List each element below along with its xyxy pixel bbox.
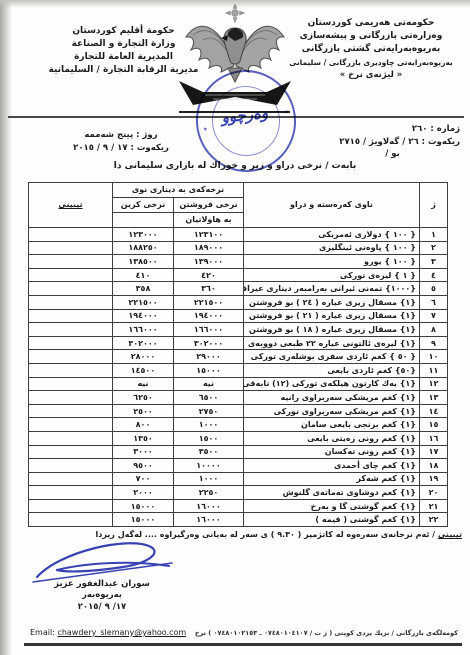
ref-to: بو /: [285, 148, 460, 161]
sell-price-cell: ١٢٣١٠٠: [174, 228, 244, 242]
note-cell: [29, 499, 113, 513]
sell-price-cell: ١٥٠٠٠: [174, 363, 244, 377]
item-name-cell: {١} لیره‌ی ئالتونی عیاره‌ ٢٢ طبعی دووبه‌…: [244, 336, 420, 350]
table-row: ١٦ {١} كغم رونی زه‌یتی بایعی ١٥٠٠ ١٣٥٠: [29, 431, 448, 445]
table-row: ٢٢ {١} كغم گوشتی ( قیمه‌ ) ١٦٠٠٠ ١٥٠٠٠: [29, 513, 448, 527]
col-header-sell-citizens: به‌ هاولاتیان: [174, 213, 244, 228]
table-row: ١٧ {١} كغم رونی ته‌كسان ٣٥٠٠ ٣٠٠٠: [29, 445, 448, 459]
sell-price-cell: ١٦٠٠٠: [174, 513, 244, 527]
header-arabic-line: وزارة التجارة و الصناعة: [46, 38, 201, 51]
table-row: ١١ {٥٠} كغم ئاردی بایعی ١٥٠٠٠ ١٤٥٠٠: [29, 363, 448, 377]
note-cell: [29, 404, 113, 418]
item-name-cell: {١} مسقال زیری عیاره‌ ( ٢١ ) بو فروشتن: [244, 309, 420, 323]
sell-price-cell: ١٩٤٠٠٠: [174, 309, 244, 323]
item-name-cell: { ١٠٠ } پاوه‌نی ئینگلیزی: [244, 241, 420, 255]
buy-price-cell: نیه‌: [113, 377, 174, 391]
row-number-cell: ٤: [420, 268, 448, 282]
buy-price-cell: ٢٢١٥٠٠: [113, 295, 174, 309]
note-cell: [29, 391, 113, 405]
sell-price-cell: ١٦٠٠٠: [174, 499, 244, 513]
table-row: ١٣ {١} كغم مریشكی سه‌ربراوی رانیه‌ ٦٥٠٠ …: [29, 391, 448, 405]
sell-price-cell: ٢٧٥٠: [174, 404, 244, 418]
table-row: ٥ {١٠٠٠} تمه‌نی ئیرانی به‌رامبه‌ر دیناری…: [29, 282, 448, 296]
col-header-notes-label: تیبینی: [58, 200, 82, 209]
note-cell: [29, 431, 113, 445]
row-number-cell: ٢: [420, 241, 448, 255]
footer-email: Email: chawdery_slemany@yahoo.com: [30, 628, 186, 637]
note-cell: [29, 513, 113, 527]
item-name-cell: { ١ } لیره‌ی توركی: [244, 268, 420, 282]
price-table: ژ ناوی كه‌ره‌سته‌ و دراو نرخه‌كه‌ی به‌ د…: [28, 182, 448, 527]
note-cell: [29, 350, 113, 364]
table-row: ٢ { ١٠٠ } پاوه‌نی ئینگلیزی ١٨٩٠٠٠ ١٨٨٢٥٠: [29, 241, 448, 255]
buy-price-cell: ١٩٤٠٠٠: [113, 309, 174, 323]
note-cell: [29, 472, 113, 486]
table-row: ١٥ {١} كغم برنجی بایعی سامان ١٠٠٠ ٨٠٠: [29, 418, 448, 432]
header-arabic: حكومة أقليم كوردستان وزارة التجارة و الص…: [46, 25, 201, 77]
row-number-cell: ١٦: [420, 431, 448, 445]
row-number-cell: ٣: [420, 255, 448, 269]
row-number-cell: ٨: [420, 323, 448, 337]
row-number-cell: ١٤: [420, 404, 448, 418]
item-name-cell: {١} كغم رونی ته‌كسان: [244, 445, 420, 459]
row-number-cell: ٢٠: [420, 486, 448, 500]
row-number-cell: ١: [420, 228, 448, 242]
item-name-cell: {١} كغم شه‌كر: [244, 472, 420, 486]
row-number-cell: ١٧: [420, 445, 448, 459]
item-name-cell: {١} كغم مریشكی سه‌ربراوی رانیه‌: [244, 391, 420, 405]
sell-price-cell: ١٠٠٠: [174, 418, 244, 432]
note-cell: [29, 486, 113, 500]
sell-price-cell: ١٨٩٠٠٠: [174, 241, 244, 255]
row-number-cell: ٥: [420, 282, 448, 296]
row-number-cell: ١٠: [420, 350, 448, 364]
sell-price-cell: ١٥٠٠: [174, 431, 244, 445]
col-header-buy-empty: [113, 213, 174, 228]
row-number-cell: ٢١: [420, 499, 448, 513]
table-row: ٧ {١} مسقال زیری عیاره‌ ( ٢١ ) بو فروشتن…: [29, 309, 448, 323]
buy-price-cell: ٢٥٠٠: [113, 404, 174, 418]
table-row: ٩ {١} لیره‌ی ئالتونی عیاره‌ ٢٢ طبعی دووب…: [29, 336, 448, 350]
scanned-document-page: حكومه‌تی هه‌ریمی كوردستان وه‌زاره‌تی باز…: [0, 0, 470, 655]
item-name-cell: { ١٠٠ } دولاری ئه‌مریكی: [244, 228, 420, 242]
row-number-cell: ١٩: [420, 472, 448, 486]
table-row: ٣ { ١٠٠ } یورو ١٣٩٠٠٠ ١٣٨٥٠٠: [29, 255, 448, 269]
ref-number: ژماره‌ : ٢٦٠: [285, 123, 460, 136]
reference-block-left: روژ : پینج شه‌ممه‌ ریكه‌وت : ١٧ / ٩ / ٢٠…: [52, 129, 190, 154]
signature-icon: [27, 537, 177, 585]
ref-gregorian-date: ریكه‌وت : ١٧ / ٩ / ٢٠١٥: [52, 142, 190, 155]
signatory-title: به‌ریوه‌به‌ر: [22, 589, 182, 601]
sell-price-cell: ٦٥٠٠: [174, 391, 244, 405]
header-kurdish-line: به‌ریوه‌به‌رایه‌تی گشتی بازرگانی: [278, 43, 464, 56]
price-table-body: ١ { ١٠٠ } دولاری ئه‌مریكی ١٢٣١٠٠ ١٢٣٠٠٠ …: [29, 228, 448, 527]
note-cell: [29, 268, 113, 282]
item-name-cell: {١} كغم برنجی بایعی سامان: [244, 418, 420, 432]
buy-price-cell: ١٦٦٠٠٠: [113, 323, 174, 337]
item-name-cell: {١} كغم چای أحمدی: [244, 459, 420, 473]
table-header-row: ژ ناوی كه‌ره‌سته‌ و دراو نرخه‌كه‌ی به‌ د…: [29, 183, 448, 198]
reference-block-right: ژماره‌ : ٢٦٠ ریكه‌وت : ٢٦ / گه‌لاویژ / ٢…: [285, 123, 460, 161]
footer-divider: [24, 643, 462, 646]
buy-price-cell: ١٨٨٢٥٠: [113, 241, 174, 255]
header-kurdish-line: به‌ریوه‌به‌رایه‌تی چاودیری بازرگانی / سل…: [278, 56, 464, 69]
table-row: ١٠ { ٥٠ } كغم ئاردی سفری بوشله‌ری توركی …: [29, 350, 448, 364]
buy-price-cell: ١٥٠٠٠: [113, 499, 174, 513]
item-name-cell: {٥٠} كغم ئاردی بایعی: [244, 363, 420, 377]
col-header-price-group: نرخه‌كه‌ی به‌ دیناری نوی: [113, 183, 244, 198]
row-number-cell: ١٣: [420, 391, 448, 405]
item-name-cell: { ٥٠ } كغم ئاردی سفری بوشله‌ری توركی: [244, 350, 420, 364]
email-address: chawdery_slemany@yahoo.com: [57, 628, 186, 637]
ref-day: روژ : پینج شه‌ممه‌: [52, 129, 190, 142]
table-row: ٢١ {١} كغم گوشتی گا و به‌رخ ١٦٠٠٠ ١٥٠٠٠: [29, 499, 448, 513]
table-row: ٨ {١} مسقال زیری عیاره‌ ( ١٨ ) بو فروشتن…: [29, 323, 448, 337]
col-header-item: ناوی كه‌ره‌سته‌ و دراو: [244, 183, 420, 228]
sell-price-cell: ١٠٠٠٠: [174, 459, 244, 473]
buy-price-cell: ٨٠٠: [113, 418, 174, 432]
col-header-number: ژ: [420, 183, 448, 228]
sell-price-cell: ٣٠٢٠٠٠: [174, 336, 244, 350]
item-name-cell: {١٠٠٠} تمه‌نی ئیرانی به‌رامبه‌ر دیناری ع…: [244, 282, 420, 296]
sell-price-cell: ١٠٠٠: [174, 472, 244, 486]
row-number-cell: ٩: [420, 336, 448, 350]
buy-price-cell: ٢٨٠٠٠: [113, 350, 174, 364]
table-row: ١٢ {١} یه‌ك كارتون هیلكه‌ی توركی (١٢) تا…: [29, 377, 448, 391]
row-number-cell: ٧: [420, 309, 448, 323]
item-name-cell: {١} كغم رونی زه‌یتی بایعی: [244, 431, 420, 445]
table-row: ١٩ {١} كغم شه‌كر ١٠٠٠ ٧٠٠: [29, 472, 448, 486]
table-row: ٤ { ١ } لیره‌ی توركی ٤٢٠ ٤١٠: [29, 268, 448, 282]
note-cell: [29, 377, 113, 391]
buy-price-cell: ٣٠٢٠٠٠: [113, 336, 174, 350]
sell-price-cell: ٣٦٠: [174, 282, 244, 296]
signature-block: سوران عبدالغفور عزیز به‌ریوه‌به‌ر ١٧/ ٩ …: [22, 537, 182, 613]
table-row: ١٨ {١} كغم چای أحمدی ١٠٠٠٠ ٩٥٠٠: [29, 459, 448, 473]
item-name-cell: {١} كغم گوشتی گا و به‌رخ: [244, 499, 420, 513]
email-label: Email:: [30, 628, 55, 637]
sell-price-cell: ٢٩٠٠٠: [174, 350, 244, 364]
buy-price-cell: ٩٥٠٠: [113, 459, 174, 473]
buy-price-cell: ٣٠٠٠: [113, 445, 174, 459]
header-kurdish-line: وه‌زاره‌تی بازرگانی و پیشه‌سازی: [278, 30, 464, 43]
col-header-sell: نرخی فروشتن: [174, 198, 244, 213]
sell-price-cell: ١٦٦٠٠٠: [174, 323, 244, 337]
item-name-cell: {١} مسقال زیری عیاره‌ ( ١٨ ) بو فروشتن: [244, 323, 420, 337]
col-header-notes: تیبینی: [29, 183, 113, 228]
note-cell: [29, 445, 113, 459]
item-name-cell: {١} كغم مریشكی سه‌ربراوی توركی: [244, 404, 420, 418]
buy-price-cell: ١٣٥٠: [113, 431, 174, 445]
row-number-cell: ١٥: [420, 418, 448, 432]
note-cell: [29, 363, 113, 377]
item-name-cell: {١} كغم گوشتی ( قیمه‌ ): [244, 513, 420, 527]
footer-address: كومه‌لگه‌ی بازرگانی / نزیك پردی كویتی ( …: [195, 629, 458, 637]
note-cell: [29, 295, 113, 309]
footnote-label: تیبینی: [438, 530, 462, 539]
sell-price-cell: نیه‌: [174, 377, 244, 391]
row-number-cell: ١٨: [420, 459, 448, 473]
ref-kurdish-date: ریكه‌وت : ٢٦ / گه‌لاویژ / ٢٧١٥: [285, 136, 460, 149]
note-cell: [29, 282, 113, 296]
row-number-cell: ٦: [420, 295, 448, 309]
note-cell: [29, 255, 113, 269]
header-kurdish: حكومه‌تی هه‌ریمی كوردستان وه‌زاره‌تی باز…: [278, 17, 464, 82]
buy-price-cell: ١٤٥٠٠: [113, 363, 174, 377]
note-cell: [29, 241, 113, 255]
table-row: ١٤ {١} كغم مریشكی سه‌ربراوی توركی ٢٧٥٠ ٢…: [29, 404, 448, 418]
row-number-cell: ٢٢: [420, 513, 448, 527]
sell-price-cell: ٢٢٥٠: [174, 486, 244, 500]
table-row: ١ { ١٠٠ } دولاری ئه‌مریكی ١٢٣١٠٠ ١٢٣٠٠٠: [29, 228, 448, 242]
table-row: ٦ {١} مسقال زیری عیاره‌ ( ٢٤ ) بو فروشتن…: [29, 295, 448, 309]
item-name-cell: { ١٠٠ } یورو: [244, 255, 420, 269]
header-price-committee-label: « لیژنه‌ی نرخ »: [278, 69, 464, 82]
sell-price-cell: ١٣٩٠٠٠: [174, 255, 244, 269]
sell-price-cell: ٣٥٠٠: [174, 445, 244, 459]
buy-price-cell: ١٥٠٠٠: [113, 513, 174, 527]
header-arabic-line: حكومة أقليم كوردستان: [46, 25, 201, 38]
item-name-cell: {١} یه‌ك كارتون هیلكه‌ی توركی (١٢) تابه‌…: [244, 377, 420, 391]
stamp-center-text: وه‌رچوو: [196, 101, 293, 129]
buy-price-cell: ٤١٠: [113, 268, 174, 282]
note-cell: [29, 228, 113, 242]
note-cell: [29, 336, 113, 350]
sell-price-cell: ٢٢١٥٠٠: [174, 295, 244, 309]
buy-price-cell: ١٢٣٠٠٠: [113, 228, 174, 242]
table-row: ٢٠ {١} كغم دوشاوی ته‌ماته‌ی گلنوش ٢٢٥٠ ٢…: [29, 486, 448, 500]
note-cell: [29, 323, 113, 337]
buy-price-cell: ٧٠٠: [113, 472, 174, 486]
signature-date: ١٧/ ٩ /٢٠١٥: [22, 601, 182, 613]
sell-price-cell: ٤٢٠: [174, 268, 244, 282]
col-header-buy: نرخی كرین: [113, 198, 174, 213]
note-cell: [29, 459, 113, 473]
note-cell: [29, 309, 113, 323]
buy-price-cell: ١٣٨٥٠٠: [113, 255, 174, 269]
row-number-cell: ١١: [420, 363, 448, 377]
header-kurdish-line: حكومه‌تی هه‌ریمی كوردستان: [278, 17, 464, 30]
buy-price-cell: ٣٥٨: [113, 282, 174, 296]
item-name-cell: {١} مسقال زیری عیاره‌ ( ٢٤ ) بو فروشتن: [244, 295, 420, 309]
header-arabic-line: المديرية العامة للتجارة: [46, 51, 201, 64]
note-cell: [29, 418, 113, 432]
row-number-cell: ١٢: [420, 377, 448, 391]
item-name-cell: {١} كغم دوشاوی ته‌ماته‌ی گلنوش: [244, 486, 420, 500]
buy-price-cell: ٦٢٥٠: [113, 391, 174, 405]
buy-price-cell: ٢٠٠٠: [113, 486, 174, 500]
scan-shadow-left: [0, 0, 12, 655]
header-arabic-line: مديرية الرقابة التجارة / السليمانية: [46, 64, 201, 77]
